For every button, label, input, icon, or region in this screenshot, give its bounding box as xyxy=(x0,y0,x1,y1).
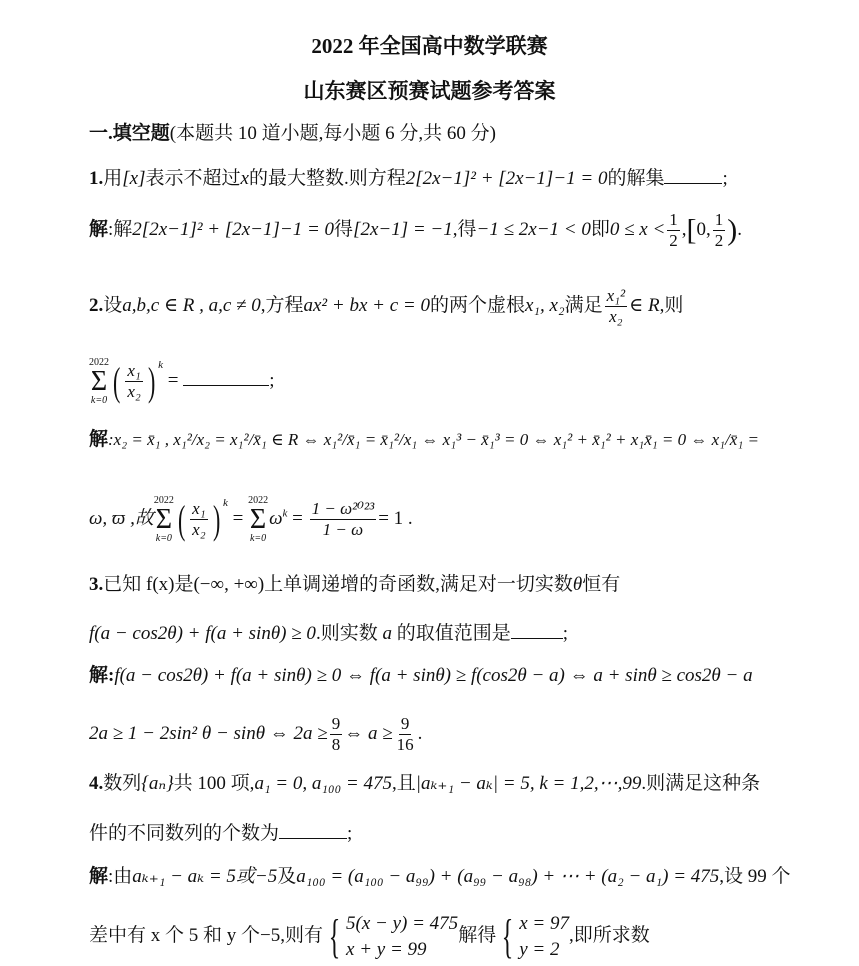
denominator: 16 xyxy=(395,735,416,755)
denominator: 8 xyxy=(330,735,343,755)
math: [x] xyxy=(122,168,145,189)
fraction: 12 xyxy=(713,210,726,251)
text: 的解集 xyxy=(607,168,664,189)
problem-4-solution-line2: 差中有 x 个 5 和 y 个−5,则有{5(x − y) = 475x + y… xyxy=(89,908,650,964)
text: ,方程 xyxy=(261,295,304,316)
equation-system: {5(x − y) = 475x + y = 99 xyxy=(323,911,458,963)
text: ; xyxy=(722,168,727,189)
fraction: x₁x₂ xyxy=(125,361,142,402)
text: ,且 xyxy=(392,773,416,794)
equation: 2a ≥ 1 − 2sin² θ − sinθ ⇔ 2a ≥ xyxy=(89,723,328,744)
summation: 2022Σk=0 xyxy=(248,495,268,545)
text: 已知 f(x)是(−∞, +∞)上单调递增的奇函数,满足对一切实数 xyxy=(103,574,573,595)
text: ,设 99 个 xyxy=(719,866,790,887)
math: x xyxy=(241,168,249,189)
problem-1-solution: 解:解2[2x−1]² + [2x−1]−1 = 0得[2x−1] = −1,得… xyxy=(89,210,742,251)
section-heading: 一.填空题(本题共 10 道小题,每小题 6 分,共 60 分) xyxy=(89,122,496,146)
text: 得 xyxy=(334,219,353,240)
answer-blank xyxy=(183,367,269,386)
numerator: 1 xyxy=(713,210,726,231)
system-row: 5(x − y) = 475 xyxy=(346,911,458,937)
text: . xyxy=(737,219,742,240)
problem-4-question-line2: 件的不同数列的个数为; xyxy=(89,820,352,846)
solution-system: {x = 97y = 2 xyxy=(496,911,569,963)
text: = xyxy=(168,370,179,391)
solution-label: 解 xyxy=(89,219,108,240)
problem-3-solution-line1: 解:f(a − cos2θ) + f(a + sinθ) ≥ 0 ⇔ f(a +… xyxy=(89,664,753,688)
math: a,b,c ∈ R , a,c ≠ 0 xyxy=(122,295,260,316)
math: {aₙ} xyxy=(141,773,173,794)
solution-label: 解 xyxy=(89,866,108,887)
math: 0, xyxy=(697,219,711,240)
text: 差中有 x 个 5 和 y 个−5,则有 xyxy=(89,925,323,946)
text: 的最大整数.则方程 xyxy=(249,168,406,189)
equation: |aₖ₊₁ − aₖ| = 5, k = 1,2,⋯,99 xyxy=(416,773,642,794)
text: = 1 . xyxy=(378,508,412,529)
text: 用 xyxy=(103,168,122,189)
text: 满足 xyxy=(565,295,603,316)
text: 件的不同数列的个数为 xyxy=(89,823,279,844)
numerator: 9 xyxy=(330,714,343,735)
numerator: x₁ xyxy=(190,499,207,520)
equation: ax² + bx + c = 0 xyxy=(304,295,430,316)
fraction: 12 xyxy=(667,210,680,251)
paren-open: ( xyxy=(178,500,185,540)
brace: { xyxy=(502,913,514,961)
equation: 2[2x−1]² + [2x−1]−1 = 0 xyxy=(132,219,334,240)
solution-label: 解: xyxy=(89,665,114,686)
equation: 2[2x−1]² + [2x−1]−1 = 0 xyxy=(406,168,608,189)
numerator: 1 − ω²⁰²³ xyxy=(310,499,377,520)
text: ; xyxy=(563,623,568,644)
equation: f(a − cos2θ) + f(a + sinθ) ≥ 0 ⇔ f(a + s… xyxy=(114,665,752,686)
sigma-symbol: Σ xyxy=(91,369,107,395)
denominator: x₂ xyxy=(190,520,207,540)
paren-close: ) xyxy=(213,500,220,540)
text: ,则 xyxy=(660,295,684,316)
equation: a₁ = 0, a₁₀₀ = 475 xyxy=(254,773,392,794)
text: 即 xyxy=(591,219,610,240)
math: ω, ϖ ,故 xyxy=(89,508,154,529)
math: a xyxy=(382,623,392,644)
problem-2-question-line2: 2022Σk=0(x₁x₂)k = ; xyxy=(89,340,275,407)
problem-number: 3. xyxy=(89,574,103,595)
problem-1-question: 1.用[x]表示不超过x的最大整数.则方程2[2x−1]² + [2x−1]−1… xyxy=(89,165,728,191)
text: 恒有 xyxy=(582,574,620,595)
text: 的取值范围是 xyxy=(397,623,511,644)
system-row: y = 2 xyxy=(519,937,569,963)
answer-blank xyxy=(279,820,347,839)
problem-number: 1. xyxy=(89,168,103,189)
text: ; xyxy=(347,823,352,844)
text: . xyxy=(418,723,423,744)
text: ; xyxy=(269,370,274,391)
sigma-symbol: Σ xyxy=(250,507,266,533)
answer-blank xyxy=(664,165,722,184)
problem-2-solution-line2: ω, ϖ ,故2022Σk=0(x₁x₂)k = 2022Σk=0ωk = 1 … xyxy=(89,478,413,545)
problem-number: 2. xyxy=(89,295,103,316)
summation: 2022Σk=0 xyxy=(154,495,174,545)
system-row: x = 97 xyxy=(519,911,569,937)
paren-open: ( xyxy=(113,362,120,402)
equation: aₖ₊₁ − aₖ = 5或−5 xyxy=(132,866,277,887)
lower-limit: k=0 xyxy=(91,395,107,407)
fraction: 916 xyxy=(395,714,416,755)
text: .则满足这种条 xyxy=(641,773,760,794)
sigma-symbol: Σ xyxy=(156,507,172,533)
text: :解 xyxy=(108,219,132,240)
exponent: k xyxy=(158,359,163,371)
denominator: x₂ xyxy=(125,382,142,402)
numerator: 9 xyxy=(399,714,412,735)
math: ∈ R xyxy=(629,295,659,316)
numerator: x₁² xyxy=(605,286,628,307)
problem-number: 4. xyxy=(89,773,103,794)
math: θ xyxy=(573,574,582,595)
equation: 0 ≤ x < xyxy=(610,219,665,240)
fraction: 1 − ω²⁰²³1 − ω xyxy=(310,499,377,540)
numerator: x₁ xyxy=(125,361,142,382)
brace: { xyxy=(329,913,341,961)
fraction: x₁x₂ xyxy=(190,499,207,540)
paren-close: ) xyxy=(148,362,155,402)
text: 的两个虚根 xyxy=(430,295,525,316)
text: 共 100 项, xyxy=(174,773,255,794)
equation: f(a − cos2θ) + f(a + sinθ) ≥ 0 xyxy=(89,623,316,644)
text: 表示不超过 xyxy=(146,168,241,189)
denominator: 2 xyxy=(667,231,680,251)
fraction: x₁²x₂ xyxy=(605,286,628,327)
document-title-line2: 山东赛区预赛试题参考答案 xyxy=(0,75,859,105)
bracket: [ xyxy=(687,214,697,247)
equation: ⇔ a ≥ xyxy=(344,723,392,744)
section-title: 一.填空题 xyxy=(89,123,170,144)
denominator: 2 xyxy=(713,231,726,251)
equation: −1 ≤ 2x−1 < 0 xyxy=(477,219,591,240)
text: 及 xyxy=(277,866,296,887)
problem-3-solution-line2: 2a ≥ 1 − 2sin² θ − sinθ ⇔ 2a ≥98⇔ a ≥916… xyxy=(89,712,422,756)
system-row: x + y = 99 xyxy=(346,937,458,963)
problem-2-solution-line1: 解:x₂ = x̄₁ , x₁²/x₂ = x₁²/x̄₁ ∈ R ⇔ x₁²/… xyxy=(89,418,759,462)
problem-2-question-line1: 2.设a,b,c ∈ R , a,c ≠ 0,方程ax² + bx + c = … xyxy=(89,284,683,328)
equation: a₁₀₀ = (a₁₀₀ − a₉₉) + (a₉₉ − a₉₈) + ⋯ + … xyxy=(296,866,719,887)
problem-3-question-line1: 3.已知 f(x)是(−∞, +∞)上单调递增的奇函数,满足对一切实数θ恒有 xyxy=(89,573,620,597)
problem-4-question-line1: 4.数列{aₙ}共 100 项,a₁ = 0, a₁₀₀ = 475,且|aₖ₊… xyxy=(89,772,760,796)
equation: :x₂ = x̄₁ , x₁²/x₂ = x₁²/x̄₁ ∈ R ⇔ x₁²/x… xyxy=(108,430,759,449)
text: 解得 xyxy=(458,925,496,946)
math: x₁, x₂ xyxy=(525,295,565,316)
section-note: (本题共 10 道小题,每小题 6 分,共 60 分) xyxy=(170,123,496,144)
answer-blank xyxy=(511,620,563,639)
problem-4-solution-line1: 解:由aₖ₊₁ − aₖ = 5或−5及a₁₀₀ = (a₁₀₀ − a₉₉) … xyxy=(89,865,791,889)
text: .则实数 xyxy=(316,623,378,644)
text: 设 xyxy=(103,295,122,316)
problem-3-question-line2: f(a − cos2θ) + f(a + sinθ) ≥ 0.则实数 a 的取值… xyxy=(89,620,568,646)
summation: 2022Σk=0 xyxy=(89,357,109,407)
document-title-line1: 2022 年全国高中数学联赛 xyxy=(0,30,859,60)
numerator: 1 xyxy=(667,210,680,231)
text: 数列 xyxy=(103,773,141,794)
text: ,即所求数 xyxy=(569,925,650,946)
denominator: 1 − ω xyxy=(321,520,365,540)
equation: [2x−1] = −1 xyxy=(353,219,453,240)
solution-label: 解 xyxy=(89,429,108,450)
denominator: x₂ xyxy=(607,307,624,327)
text: :由 xyxy=(108,866,132,887)
text: ,得 xyxy=(453,219,477,240)
fraction: 98 xyxy=(330,714,343,755)
bracket: ) xyxy=(727,214,737,247)
